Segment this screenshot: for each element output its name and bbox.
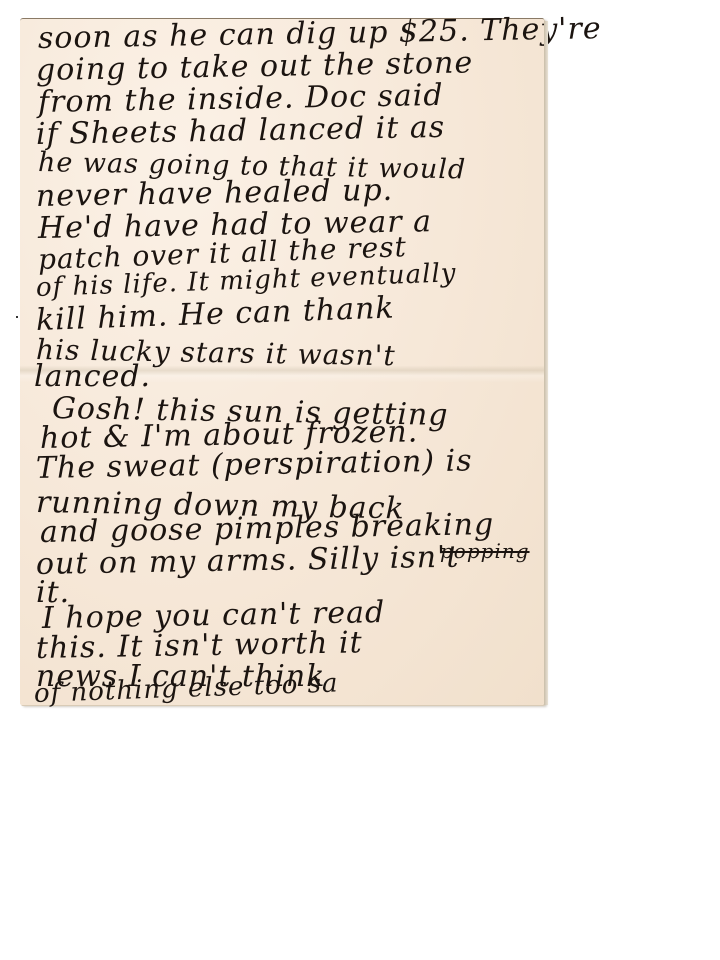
letter-line-15: The sweat (perspiration) is	[36, 443, 473, 486]
letter-line-4: if Sheets had lanced it as	[36, 110, 446, 152]
margin-mark	[16, 316, 18, 318]
letter-line-18: out on my arms. Silly isn't	[36, 540, 460, 582]
letter-paper: soon as he can dig up $25. They're going…	[20, 18, 544, 705]
scanned-letter: soon as he can dig up $25. They're going…	[0, 0, 720, 960]
letter-line-12: lanced.	[34, 359, 151, 394]
